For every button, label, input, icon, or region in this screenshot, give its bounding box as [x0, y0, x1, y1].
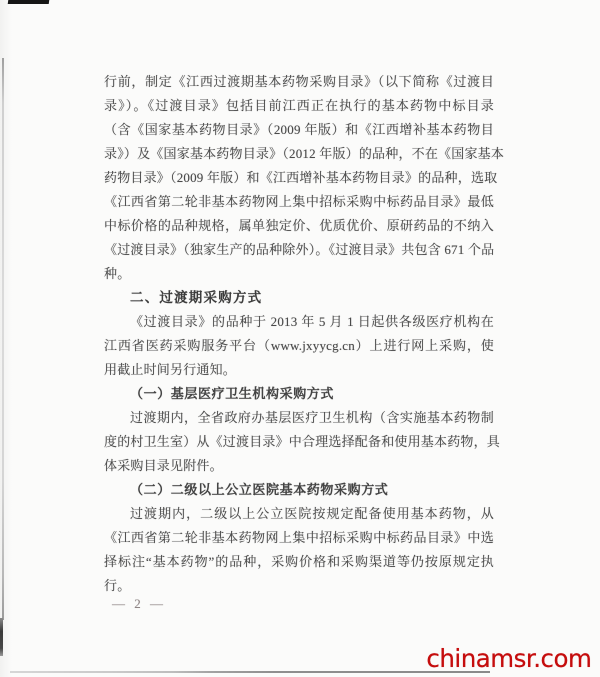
page-number: — 2 — — [112, 596, 166, 612]
text-line: 度的村卫生室）从《过渡目录》中合理选择配备和使用基本药物，具 — [104, 430, 494, 454]
text-line: 过渡期内，二级以上公立医院按规定配备使用基本药物，从 — [104, 502, 494, 526]
text-line: 行前，制定《江西过渡期基本药物采购目录》（以下简称《过渡目 — [104, 70, 494, 94]
text-line: 录》）。《过渡目录》包括目前江西正在执行的基本药物中标目录 — [104, 94, 494, 118]
text-line: （含《国家基本药物目录》（2009 年版）和《江西增补基本药物目 — [104, 118, 494, 142]
section-heading: 二、过渡期采购方式 — [104, 286, 494, 310]
text-line: 药物目录》（2009 年版）和《江西增补基本药物目录》的品种，选取 — [104, 166, 494, 190]
text-line: 《江西省第二轮非基本药物网上集中招标采购中标药品目录》最低 — [104, 190, 494, 214]
text-line: 《过渡目录》（独家生产的品种除外）。《过渡目录》共包含 671 个品 — [104, 238, 494, 262]
scanned-document-page: 行前，制定《江西过渡期基本药物采购目录》（以下简称《过渡目录》）。《过渡目录》包… — [0, 0, 600, 677]
text-line: 种。 — [104, 262, 494, 286]
scan-bottom-rule — [10, 671, 490, 673]
text-line: 体采购目录见附件。 — [104, 454, 494, 478]
text-line: 用截止时间另行通知。 — [104, 358, 494, 382]
text-line: 《江西省第二轮非基本药物网上集中招标采购中标药品目录》中选 — [104, 526, 494, 550]
text-line: 《过渡目录》的品种于 2013 年 5 月 1 日起供各级医疗机构在 — [104, 310, 494, 334]
scan-mark-bottom-edge — [0, 618, 3, 656]
text-line: 过渡期内，全省政府办基层医疗卫生机构（含实施基本药物制 — [104, 406, 494, 430]
text-line: 江西省医药采购服务平台（www.jxyycg.cn）上进行网上采购，使 — [104, 334, 494, 358]
scan-mark-top-corner — [8, 0, 50, 4]
text-line: 行。 — [104, 574, 494, 598]
site-watermark: chinamsr.com — [426, 645, 591, 673]
subsection-heading: （一）基层医疗卫生机构采购方式 — [104, 382, 494, 406]
scan-paper-edge-line — [2, 58, 4, 620]
subsection-heading: （二）二级以上公立医院基本药物采购方式 — [104, 478, 494, 502]
text-line: 中标价格的品种规格，属单独定价、优质优价、原研药品的不纳入 — [104, 214, 494, 238]
text-line: 录》）及《国家基本药物目录》（2012 年版）的品种，不在《国家基本 — [104, 142, 494, 166]
text-line: 择标注“基本药物”的品种，采购价格和采购渠道等仍按原规定执 — [104, 550, 494, 574]
text-block: 行前，制定《江西过渡期基本药物采购目录》（以下简称《过渡目录》）。《过渡目录》包… — [104, 70, 494, 598]
